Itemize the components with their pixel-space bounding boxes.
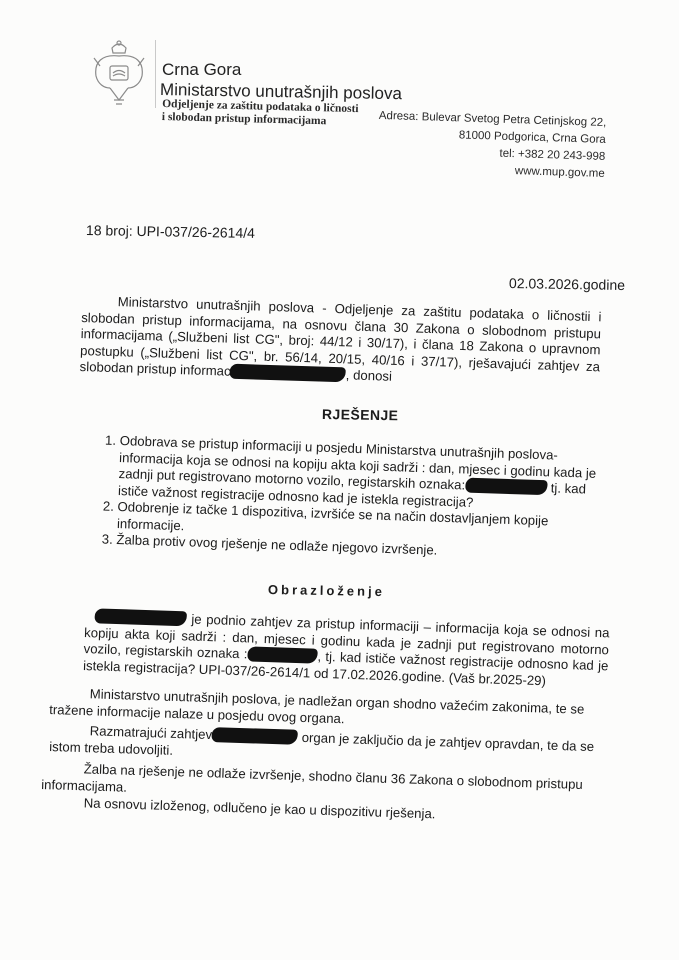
intro-paragraph: Ministarstvo unutrašnjih poslova - Odjel… <box>79 293 601 392</box>
header-divider <box>155 40 156 108</box>
address-block: Adresa: Bulevar Svetog Petra Cetinjskog … <box>377 108 607 183</box>
intro-text-end: , donosi <box>346 367 393 383</box>
montenegro-coat-of-arms-icon <box>90 38 148 110</box>
explanation-paragraph-1: je podnio zahtjev za pristup informaciji… <box>83 608 610 691</box>
decision-title: RJEŠENJE <box>322 406 399 423</box>
redaction-mark <box>94 608 186 626</box>
reference-number: 18 broj: UPI-037/26-2614/4 <box>86 222 255 241</box>
document-date: 02.03.2026.godine <box>509 275 625 293</box>
decision-list: Odobrava se pristup informaciji u posjed… <box>84 432 598 564</box>
redaction-mark <box>247 646 317 663</box>
redaction-mark <box>465 478 547 496</box>
scanned-document-page: Crna Gora Ministarstvo unutrašnjih poslo… <box>0 0 679 960</box>
header-department: Odjeljenje za zaštitu podataka o ličnost… <box>162 98 359 129</box>
redaction-mark <box>230 364 346 383</box>
header-country: Crna Gora <box>162 60 241 80</box>
explanation-title: Obrazloženje <box>268 582 385 599</box>
redaction-mark <box>212 727 298 745</box>
